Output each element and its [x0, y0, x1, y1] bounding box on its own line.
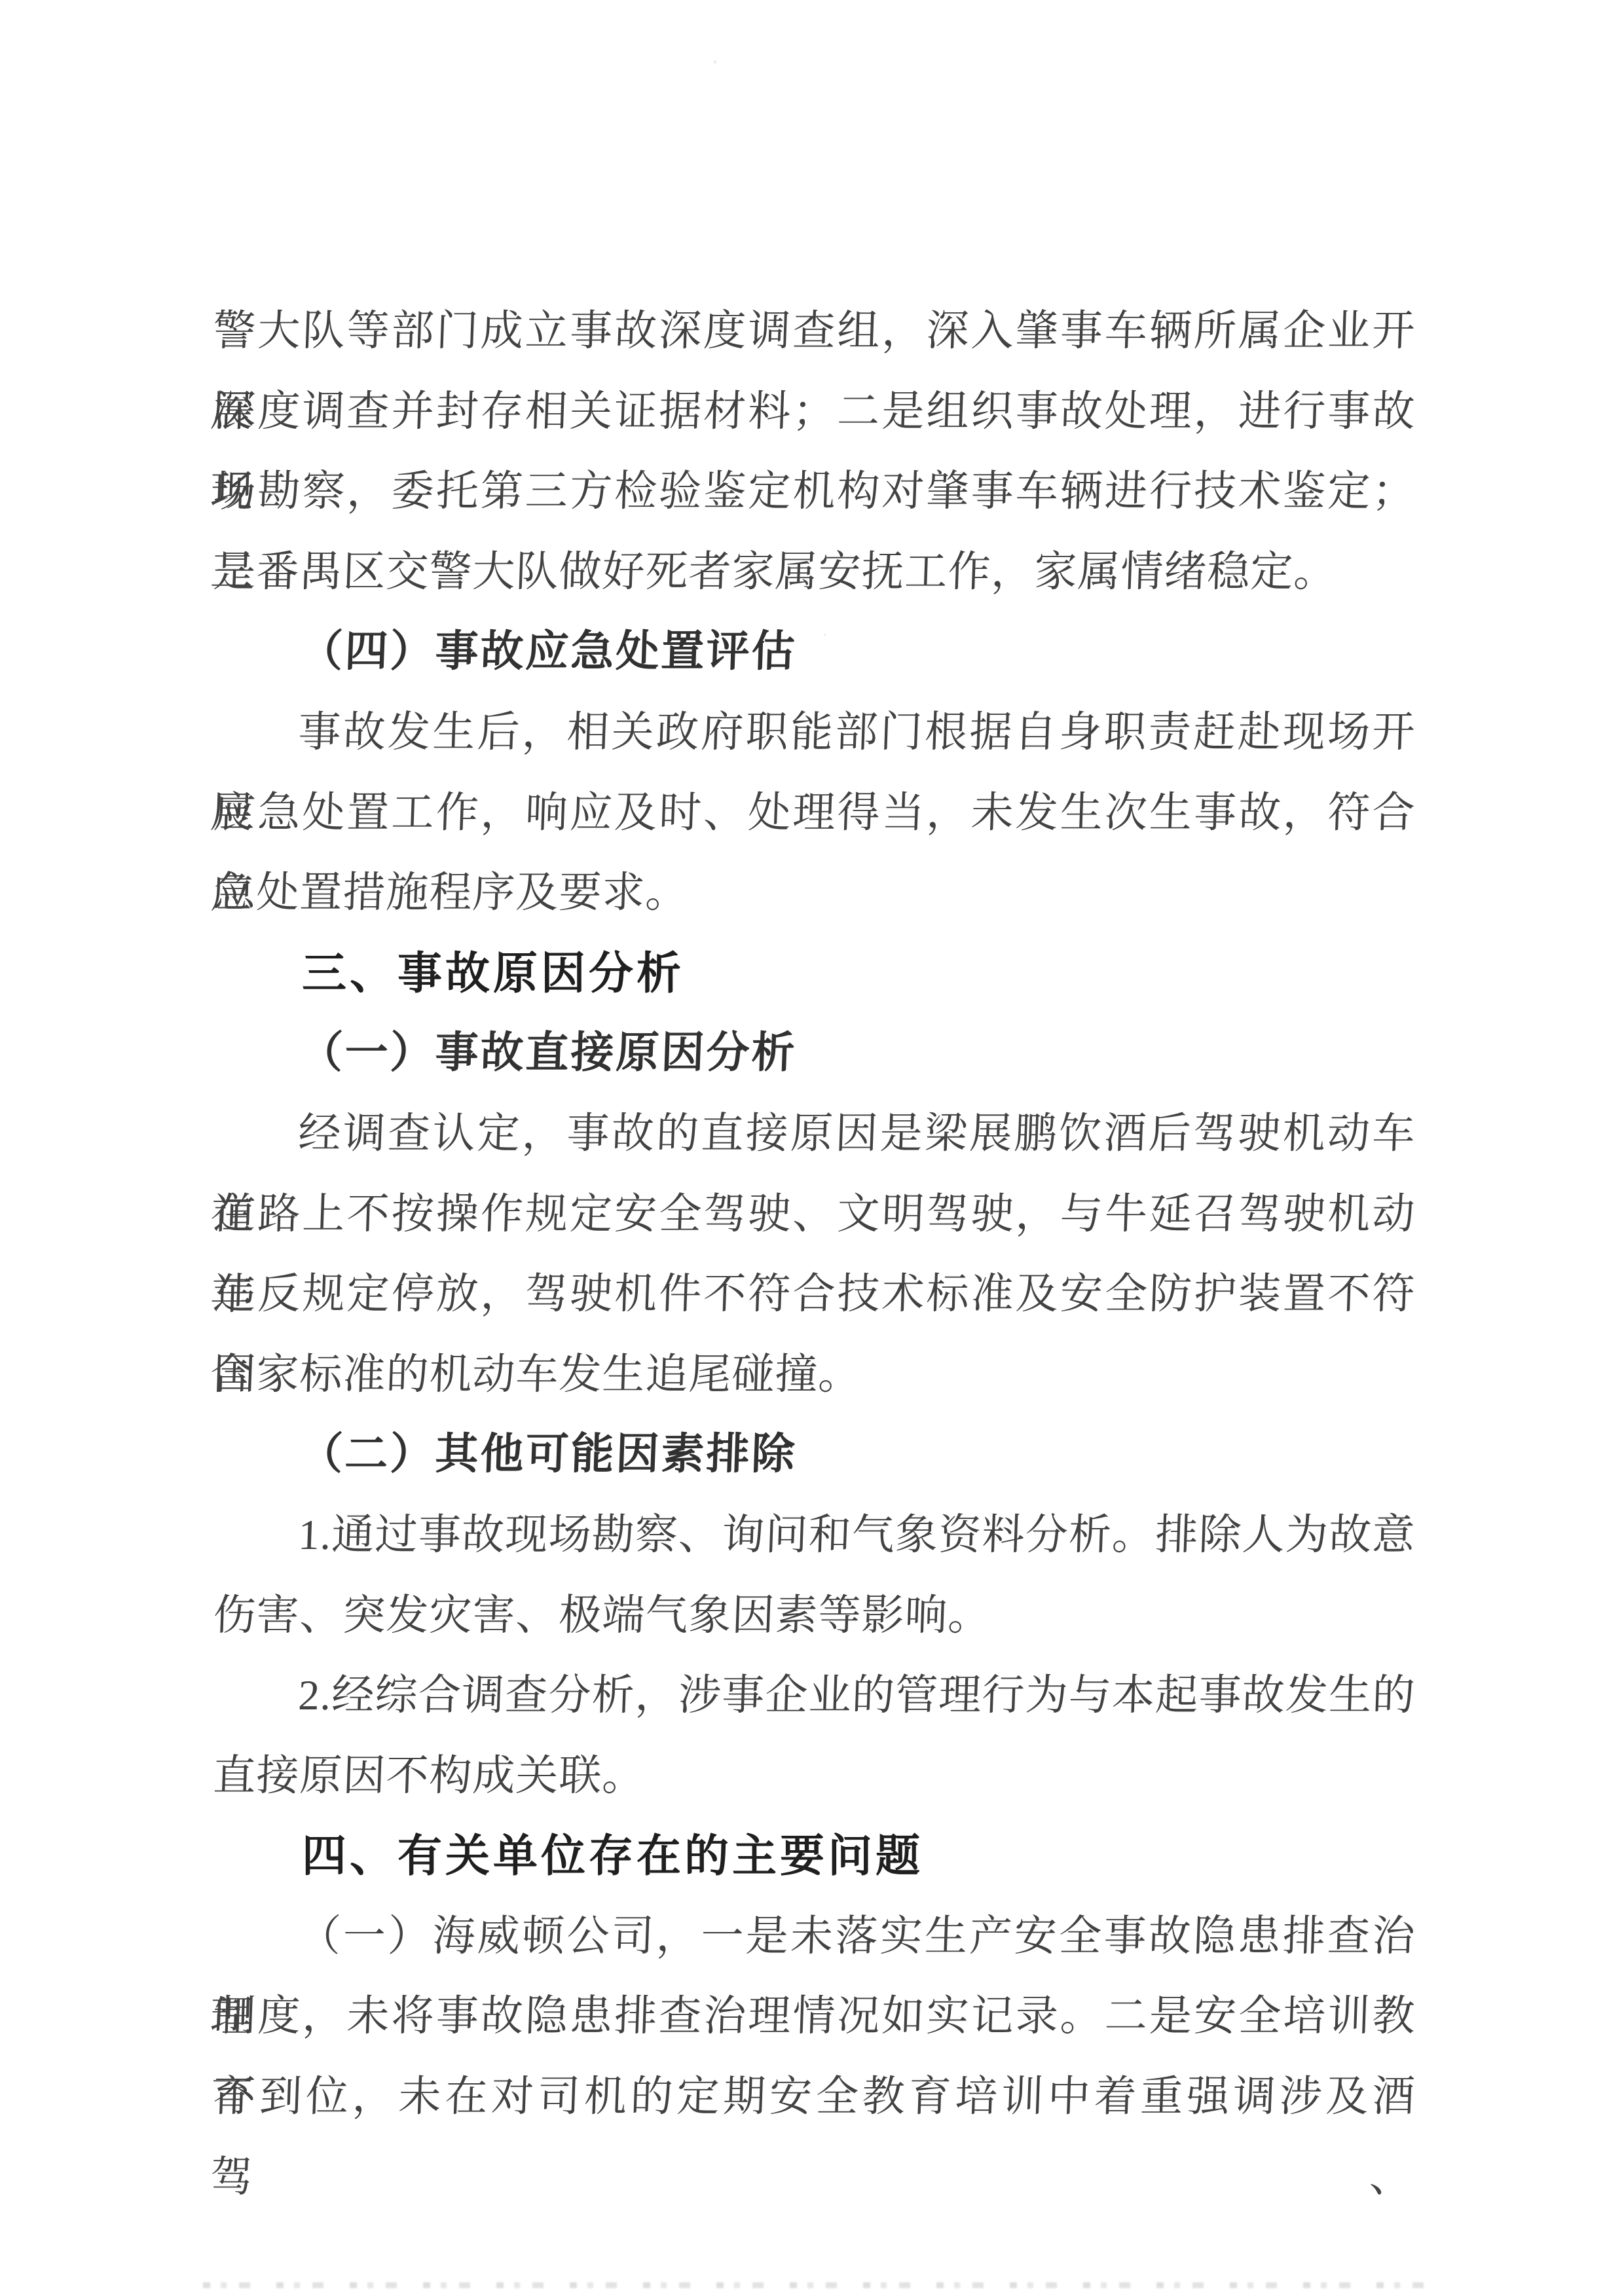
text-line-23: 不到位，未在对司机的定期安全教育培训中着重强调涉及酒驾、: [212, 2057, 1416, 2138]
text-line-11: 经调查认定，事故的直接原因是梁展鹏饮酒后驾驶机动车在: [212, 1094, 1416, 1175]
scan-speck: [824, 634, 826, 636]
text-line-10: （一）事故直接原因分析: [212, 1013, 1416, 1094]
text-line-19: 直接原因不构成关联。: [212, 1736, 1416, 1817]
text-line-20: 四、有关单位存在的主要问题: [213, 1816, 1415, 1897]
scanned-document-page: 警大队等部门成立事故深度调查组，深入肇事车辆所属企业开展深度调查并封存相关证据材…: [0, 0, 1624, 2296]
text-line-8: 急处置措施程序及要求。: [212, 853, 1416, 934]
text-line-9: 三、事故原因分析: [213, 934, 1415, 1014]
text-line-6: 事故发生后，相关政府职能部门根据自身职责赶赴现场开展: [212, 693, 1416, 773]
text-line-2: 深度调查并封存相关证据材料；二是组织事故处理，进行事故现: [212, 372, 1416, 452]
text-line-18: 2.经综合调查分析，涉事企业的管理行为与本起事故发生的: [212, 1656, 1416, 1736]
document-body: 警大队等部门成立事故深度调查组，深入肇事车辆所属企业开展深度调查并封存相关证据材…: [213, 291, 1415, 2138]
scan-speck: [349, 811, 351, 813]
text-line-16: 1.通过事故现场勘察、询问和气象资料分析。排除人为故意: [212, 1495, 1416, 1576]
text-line-13: 违反规定停放，驾驶机件不符合技术标准及安全防护装置不符合: [212, 1254, 1416, 1335]
text-line-14: 国家标准的机动车发生追尾碰撞。: [212, 1335, 1416, 1415]
page-bottom-cutoff-text-artifact: [203, 2282, 1424, 2288]
text-line-1: 警大队等部门成立事故深度调查组，深入肇事车辆所属企业开展: [212, 291, 1416, 372]
scan-speck: [714, 60, 716, 64]
text-line-17: 伤害、突发灾害、极端气象因素等影响。: [212, 1576, 1416, 1656]
text-line-5: （四）事故应急处置评估: [212, 612, 1416, 693]
text-line-3: 场勘察，委托第三方检验鉴定机构对肇事车辆进行技术鉴定；三: [212, 452, 1416, 532]
text-line-7: 应急处置工作，响应及时、处理得当，未发生次生事故，符合应: [212, 773, 1416, 854]
text-line-22: 制度，未将事故隐患排查治理情况如实记录。二是安全培训教育: [212, 1977, 1416, 2057]
text-line-12: 道路上不按操作规定安全驾驶、文明驾驶，与牛延召驾驶机动车: [212, 1175, 1416, 1255]
text-line-21: （一）海威顿公司，一是未落实生产安全事故隐患排查治理: [212, 1897, 1416, 1977]
text-line-4: 是番禺区交警大队做好死者家属安抚工作，家属情绪稳定。: [212, 532, 1416, 613]
text-line-15: （二）其他可能因素排除: [212, 1415, 1416, 1495]
